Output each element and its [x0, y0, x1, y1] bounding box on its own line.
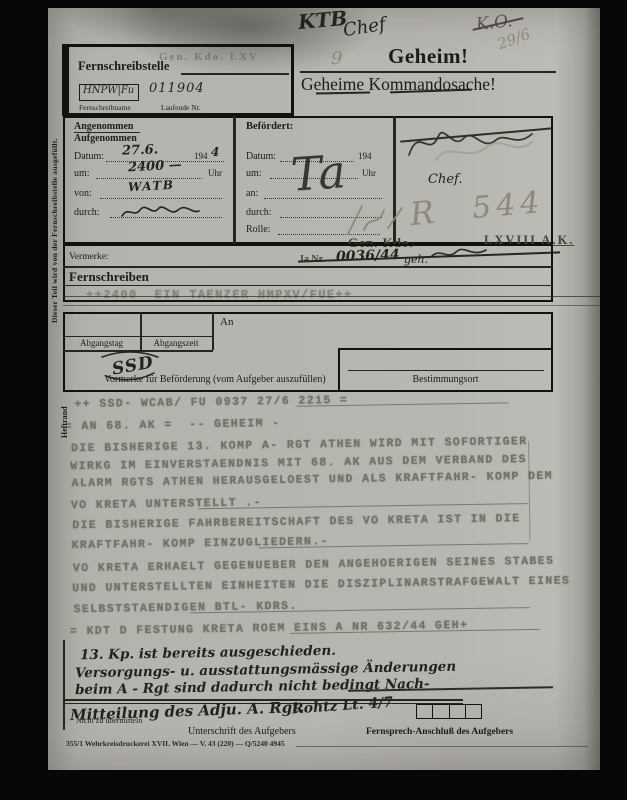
phone-number-boxes	[416, 704, 482, 719]
page-edge-shadow	[584, 8, 600, 770]
phone-box-cell	[465, 705, 481, 718]
message-line: DIE BISHERIGE 13. KOMP A- RGT ATHEN WIRD…	[71, 435, 528, 455]
nicht-uebermitteln-label: Nicht zu übermitteln	[76, 716, 142, 725]
side-vertical-text: Dieser Teil wird von der Fernschreibstel…	[50, 35, 59, 323]
message-line: ALARM RGTS ATHEN HERAUSGELOEST UND ALS K…	[72, 470, 554, 491]
faint-form-edge	[528, 441, 531, 541]
message-line: ++ SSD- WCAB/ FU 0937 27/6 2215 =	[74, 394, 348, 411]
message-line: = AN 68. AK = -- GEHEIM -	[65, 417, 281, 433]
note-left-border	[63, 640, 65, 730]
message-line: VO KRETA ERHAELT GEGENUEBER DEN ANGEHOER…	[73, 555, 555, 576]
scan-photo-background: KTB Chef K.O. 29/6 9 Geheim! Fernschreib…	[0, 0, 627, 800]
heftrand-label: Heftrand	[60, 390, 69, 438]
message-line: = KDT D FESTUNG KRETA ROEM EINS A NR 632…	[70, 619, 469, 638]
message-line: SELBSTSTAENDIGEN BTL- KDRS.	[73, 600, 297, 617]
phone-box-cell	[417, 705, 432, 718]
unterschrift-label: Unterschrift des Aufgebers	[188, 726, 296, 737]
message-line: KRAFTFAHR- KOMP EINZUGLIEDERN.-	[71, 535, 329, 552]
message-line: VO KRETA UNTERSTELLT .-	[71, 496, 262, 512]
message-line: DIE BISHERIGE FAHRBEREITSCHAFT DES VO KR…	[72, 512, 520, 532]
phone-box-cell	[449, 705, 465, 718]
phone-box-cell	[432, 705, 448, 718]
document: KTB Chef K.O. 29/6 9 Geheim! Fernschreib…	[48, 8, 600, 770]
message-line: UND UNTERSTELLTEN EINHEITEN DIE DISZIPLI…	[72, 574, 570, 595]
fernsprech-label: Fernsprech-Anschluß des Aufgebers	[366, 727, 513, 737]
printer-imprint: 355/1 Wehrkreisdruckerei XVII. Wien — V.…	[66, 739, 285, 748]
imprint-rule	[296, 746, 588, 747]
